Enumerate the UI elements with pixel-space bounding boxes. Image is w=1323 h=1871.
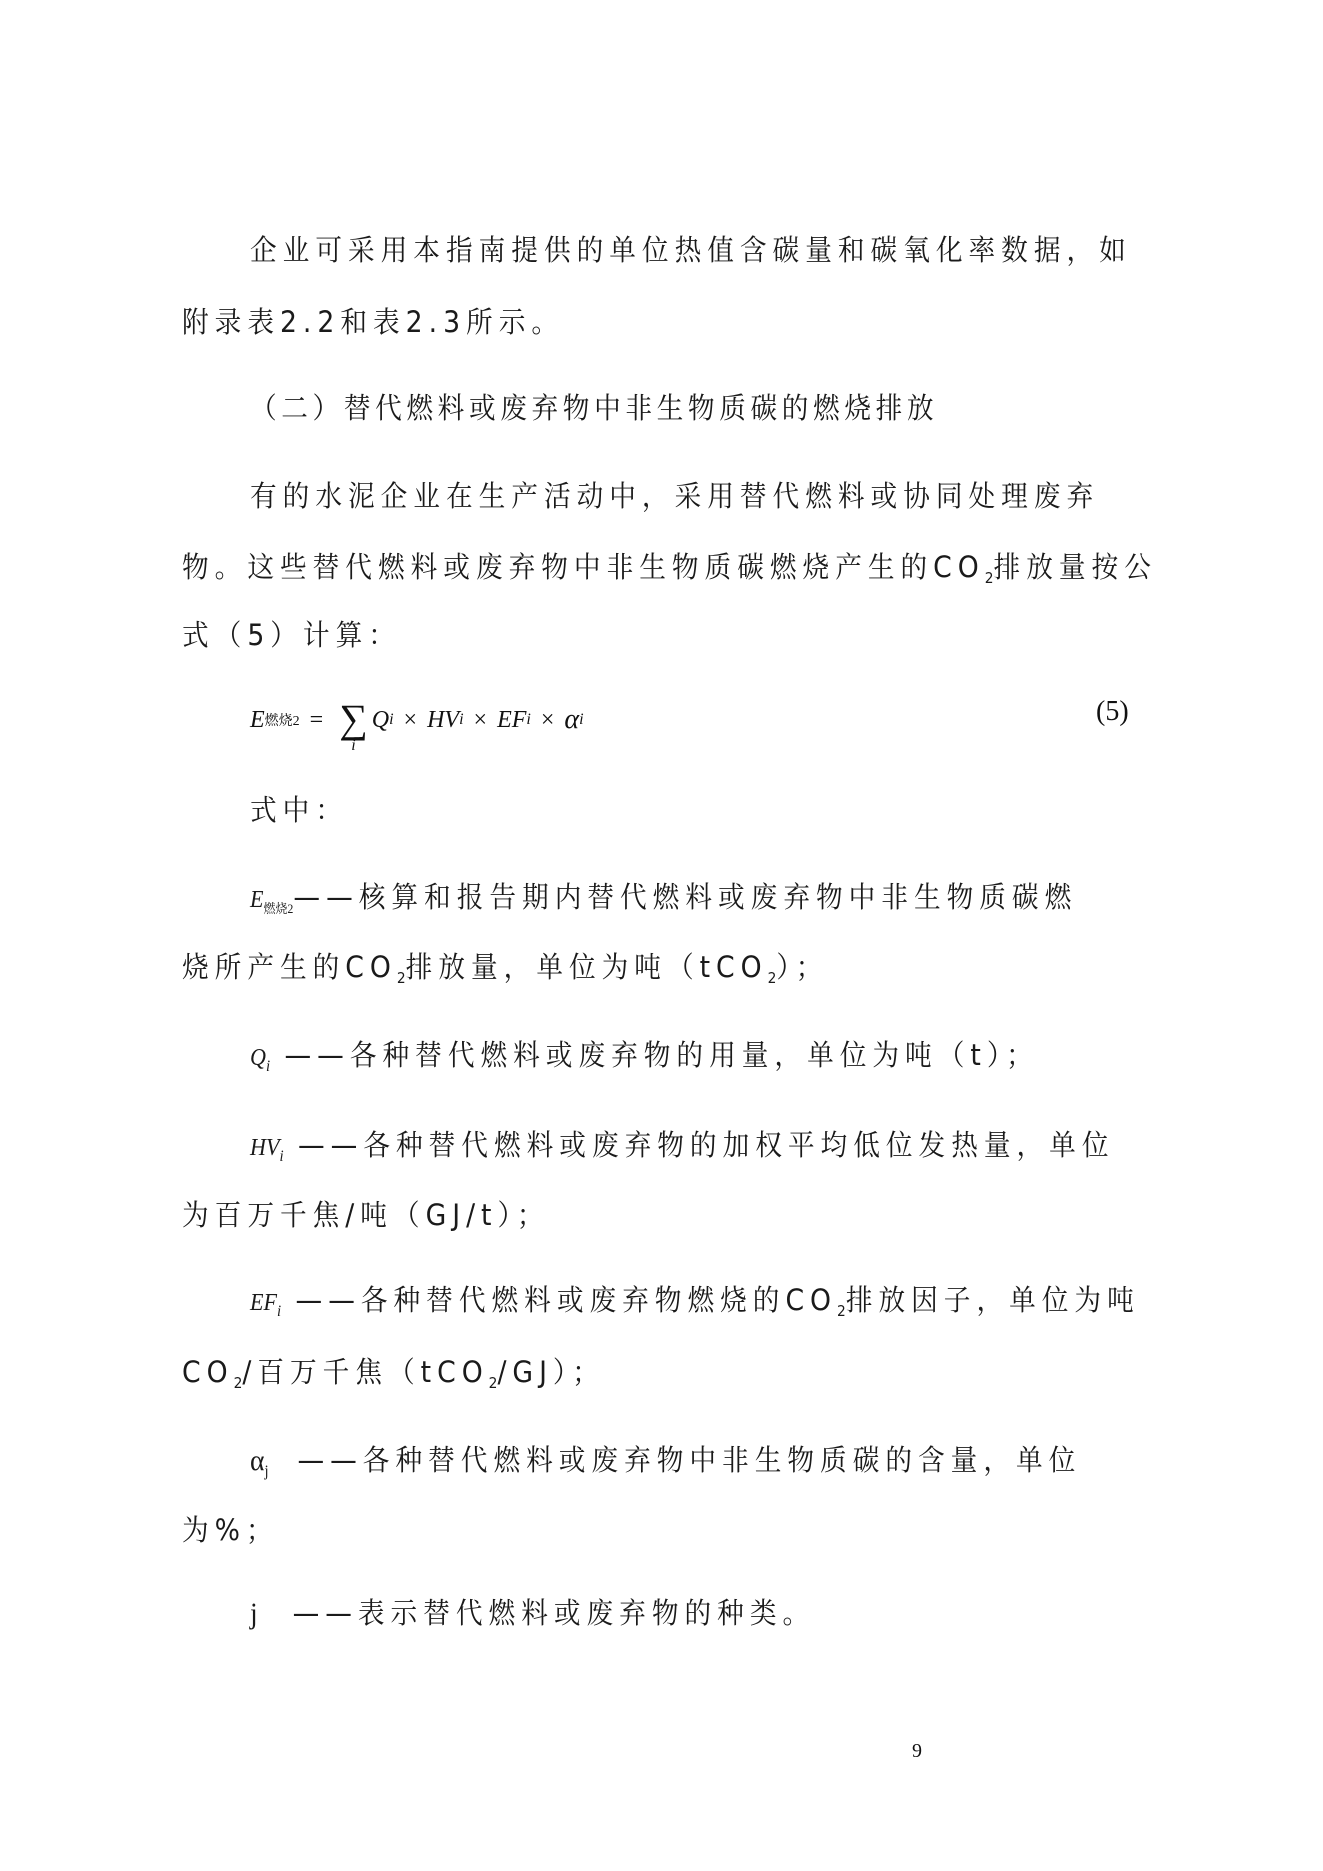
formula-5: E燃烧2 = ∑ i Qi × HVi × EFi × αi [250,690,584,750]
symbol-j: j [250,1597,264,1630]
times-sign: × [474,707,488,734]
symbol-text: E [250,887,263,913]
formula-lhs-var: E [250,707,265,734]
text: 排放量按公 [994,550,1157,584]
symbol-q: Qi [250,1045,270,1071]
term-alpha-sub: i [579,711,583,729]
definition-ef-line-1: EFi ——各种替代燃料或废弃物燃烧的CO2排放因子，单位为吨 [250,1282,1133,1330]
equals-sign: = [310,707,324,734]
term-ef-sub: i [526,711,530,729]
symbol-sub: i [277,1303,281,1320]
sigma-index: i [351,737,355,755]
symbol-text: EF [250,1290,277,1316]
document-page: 企业可采用本指南提供的单位热值含碳量和碳氧化率数据，如 附录表2.2和表2.3所… [0,0,1323,1871]
text: 物。这些替代燃料或废弃物中非生物质碳燃烧产生的CO [182,550,985,584]
sigma-icon: ∑ [339,701,368,737]
definition-e-line-2: 烧所产生的CO2排放量，单位为吨（tCO2）； [182,949,1065,996]
symbol-sub: i [279,1148,283,1165]
equation-number: (5) [1096,696,1129,728]
text: 表示替代燃料或废弃物的种类。 [358,1596,815,1630]
subscript: 2 [234,1374,243,1392]
dash: —— [296,1283,361,1317]
text: ）； [776,950,828,984]
term-q: Q [372,707,389,734]
subscript: 2 [397,969,406,987]
symbol-alpha: αj [250,1444,269,1477]
page-number: 9 [912,1740,922,1763]
paragraph-1-line-1: 企业可采用本指南提供的单位热值含碳量和碳氧化率数据，如 [250,232,1133,268]
paragraph-1-line-2: 附录表2.2和表2.3所示。 [182,304,1065,340]
paragraph-2-line-3: 式（5）计算： [182,617,1065,653]
dash: —— [293,1596,358,1630]
text: 排放量，单位为吨（tCO [406,950,768,984]
where-label: 式中： [250,792,1133,828]
definition-e-line-1: E燃烧2——核算和报告期内替代燃料或废弃物中非生物质碳燃 [250,879,1133,927]
symbol-sub: j [264,1463,268,1480]
definition-hv-line-1: HVi ——各种替代燃料或废弃物的加权平均低位发热量，单位 [250,1127,1133,1175]
text: 各种替代燃料或废弃物的用量，单位为吨（t）； [350,1038,1039,1072]
symbol-sub: i [266,1058,270,1075]
subscript: 2 [768,969,777,987]
formula-lhs-sub: 燃烧2 [265,710,300,730]
text: 各种替代燃料或废弃物的加权平均低位发热量，单位 [363,1128,1114,1162]
term-ef: EF [497,707,526,734]
definition-alpha-line-1: αj ——各种替代燃料或废弃物中非生物质碳的含量，单位 [250,1442,1133,1490]
paragraph-2-line-2: 物。这些替代燃料或废弃物中非生物质碳燃烧产生的CO2排放量按公 [182,549,1065,596]
text: CO [182,1355,234,1389]
subscript: 2 [985,569,994,587]
dash: —— [285,1038,350,1072]
dash: —— [293,880,358,914]
term-alpha: α [564,704,579,736]
definition-hv-line-2: 为百万千焦/吨（GJ/t）； [182,1197,1065,1233]
paragraph-2-line-1: 有的水泥企业在生产活动中，采用替代燃料或协同处理废弃 [250,478,1133,514]
symbol-sub: 燃烧2 [263,901,293,916]
symbol-text: HV [250,1135,279,1161]
definition-ef-line-2: CO2/百万千焦（tCO2/GJ）； [182,1354,1065,1401]
dash: —— [298,1128,363,1162]
text: 各种替代燃料或废弃物中非生物质碳的含量，单位 [363,1443,1082,1477]
dash: —— [297,1443,362,1477]
symbol-text: Q [250,1045,266,1071]
summation: ∑ i [339,701,368,755]
section-heading: （二）替代燃料或废弃物中非生物质碳的燃烧排放 [250,390,1133,426]
symbol-ef: EFi [250,1290,281,1316]
symbol-text: α [250,1444,264,1477]
term-hv: HV [427,707,459,734]
definition-alpha-line-2: 为%； [182,1512,1065,1548]
times-sign: × [541,707,555,734]
text: /百万千焦（tCO [242,1355,488,1389]
text: 核算和报告期内替代燃料或废弃物中非生物质碳燃 [359,880,1078,914]
definition-j: j ——表示替代燃料或废弃物的种类。 [250,1595,1133,1632]
text: /GJ）； [497,1355,604,1389]
subscript: 2 [489,1374,498,1392]
symbol-hv: HVi [250,1135,284,1161]
term-q-sub: i [389,711,393,729]
subscript: 2 [837,1302,846,1320]
text: 烧所产生的CO [182,950,397,984]
definition-q: Qi ——各种替代燃料或废弃物的用量，单位为吨（t）； [250,1037,1133,1085]
text: 排放因子，单位为吨 [846,1283,1140,1317]
text: 各种替代燃料或废弃物燃烧的CO [361,1283,837,1317]
times-sign: × [404,707,418,734]
symbol-e: E燃烧2 [250,887,293,913]
term-hv-sub: i [459,711,463,729]
